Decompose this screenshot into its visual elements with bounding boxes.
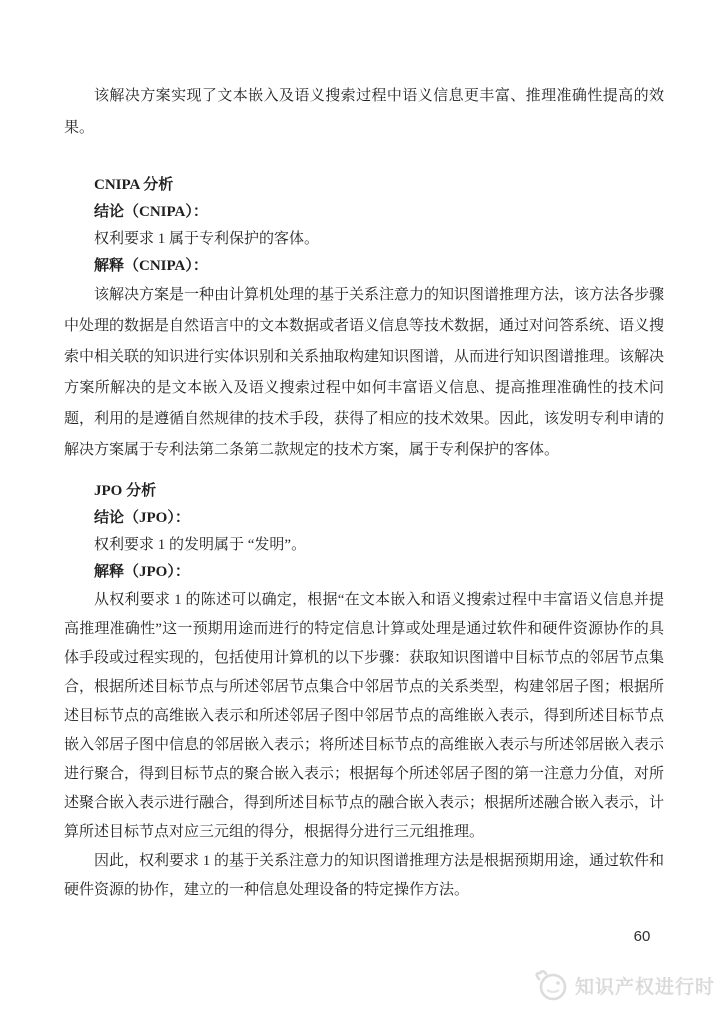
jpo-section-header: JPO 分析 结论（JPO）： 权利要求 1 的发明属于 “发明”。 解释（JP… [64, 478, 664, 586]
jpo-summary-paragraph: 因此，权利要求 1 的基于关系注意力的知识图谱推理方法是根据预期用途，通过软件和… [64, 847, 664, 905]
jpo-conclusion-text: 权利要求 1 的发明属于 “发明”。 [64, 532, 664, 559]
jpo-conclusion-label: 结论（JPO）： [64, 505, 664, 532]
watermark-label: 知识产权进行时 [575, 972, 715, 999]
watermark: 知识产权进行时 [532, 968, 715, 1002]
cnipa-explanation-paragraph: 该解决方案是一种由计算机处理的基于关系注意力的知识图谱推理方法，该方法各步骤中处… [64, 280, 664, 466]
page-number: 60 [622, 928, 662, 945]
cnipa-explanation-label: 解释（CNIPA）： [64, 253, 664, 280]
jpo-heading: JPO 分析 [64, 478, 664, 505]
jpo-explanation-label: 解释（JPO）： [64, 559, 664, 586]
cnipa-section-header: CNIPA 分析 结论（CNIPA）： 权利要求 1 属于专利保护的客体。 解释… [64, 172, 664, 280]
watermark-logo-icon [532, 968, 570, 1002]
cnipa-heading: CNIPA 分析 [64, 172, 664, 199]
document-page: 该解决方案实现了文本嵌入及语义搜索过程中语义信息更丰富、推理准确性提高的效果。 … [0, 0, 720, 1018]
document-body: 该解决方案实现了文本嵌入及语义搜索过程中语义信息更丰富、推理准确性提高的效果。 … [64, 80, 664, 905]
intro-paragraph: 该解决方案实现了文本嵌入及语义搜索过程中语义信息更丰富、推理准确性提高的效果。 [64, 80, 664, 144]
cnipa-conclusion-text: 权利要求 1 属于专利保护的客体。 [64, 226, 664, 253]
cnipa-conclusion-label: 结论（CNIPA）： [64, 199, 664, 226]
jpo-explanation-paragraph: 从权利要求 1 的陈述可以确定，根据“在文本嵌入和语义搜索过程中丰富语义信息并提… [64, 586, 664, 847]
